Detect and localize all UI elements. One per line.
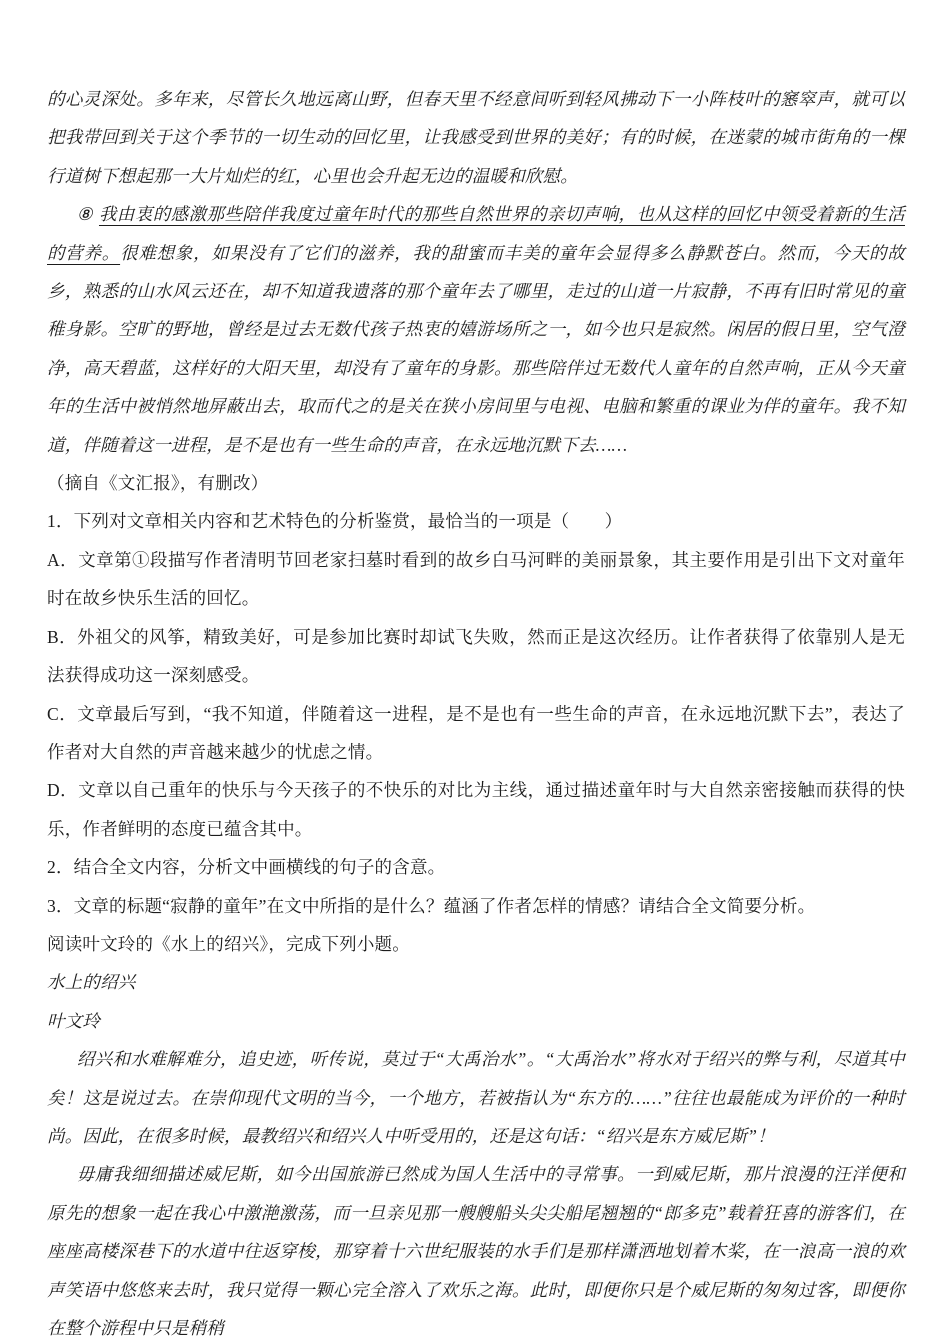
- question-1-option-c: C．文章最后写到，“我不知道，伴随着这一进程，是不是也有一些生命的声音，在永远地…: [47, 695, 905, 772]
- passage2-title: 水上的绍兴: [47, 963, 905, 1001]
- passage2-author: 叶文玲: [47, 1002, 905, 1040]
- question-1-option-b: B．外祖父的风筝，精致美好，可是参加比赛时却试飞失败，然而正是这次经历。让作者获…: [47, 618, 905, 695]
- exam-page: 的心灵深处。多年来，尽管长久地远离山野，但春天里不经意间听到轻风拂动下一小阵枝叶…: [0, 0, 950, 1344]
- passage1-paragraph-8-body: 很难想象，如果没有了它们的滋养，我的甜蜜而丰美的童年会显得多么静默苍白。然而，今…: [47, 243, 905, 455]
- passage2-paragraph-2: 毋庸我细细描述威尼斯，如今出国旅游已然成为国人生活中的寻常事。一到威尼斯，那片浪…: [47, 1155, 905, 1344]
- passage1-paragraph-8: ⑧我由衷的感激那些陪伴我度过童年时代的那些自然世界的亲切声响，也从这样的回忆中领…: [47, 195, 905, 464]
- question-1-option-d: D．文章以自己重年的快乐与今天孩子的不快乐的对比为主线，通过描述童年时与大自然亲…: [47, 771, 905, 848]
- passage2-instruction: 阅读叶文玲的《水上的绍兴》，完成下列小题。: [47, 925, 905, 963]
- passage1-opening-paragraph: 的心灵深处。多年来，尽管长久地远离山野，但春天里不经意间听到轻风拂动下一小阵枝叶…: [47, 80, 905, 195]
- question-3: 3．文章的标题“寂静的童年”在文中所指的是什么？蕴涵了作者怎样的情感？请结合全文…: [47, 887, 905, 925]
- paragraph-number-marker: ⑧: [77, 204, 93, 224]
- question-1: 1．下列对文章相关内容和艺术特色的分析鉴赏，最恰当的一项是（ ）: [47, 502, 905, 540]
- question-1-option-a: A．文章第①段描写作者清明节回老家扫墓时看到的故乡白马河畔的美丽景象，其主要作用…: [47, 541, 905, 618]
- passage1-source-note: （摘自《文汇报》，有删改）: [47, 464, 905, 502]
- question-2: 2．结合全文内容，分析文中画横线的句子的含意。: [47, 848, 905, 886]
- passage2-paragraph-1: 绍兴和水难解难分，追史迹，听传说，莫过于“大禹治水”。“大禹治水”将水对于绍兴的…: [47, 1040, 905, 1155]
